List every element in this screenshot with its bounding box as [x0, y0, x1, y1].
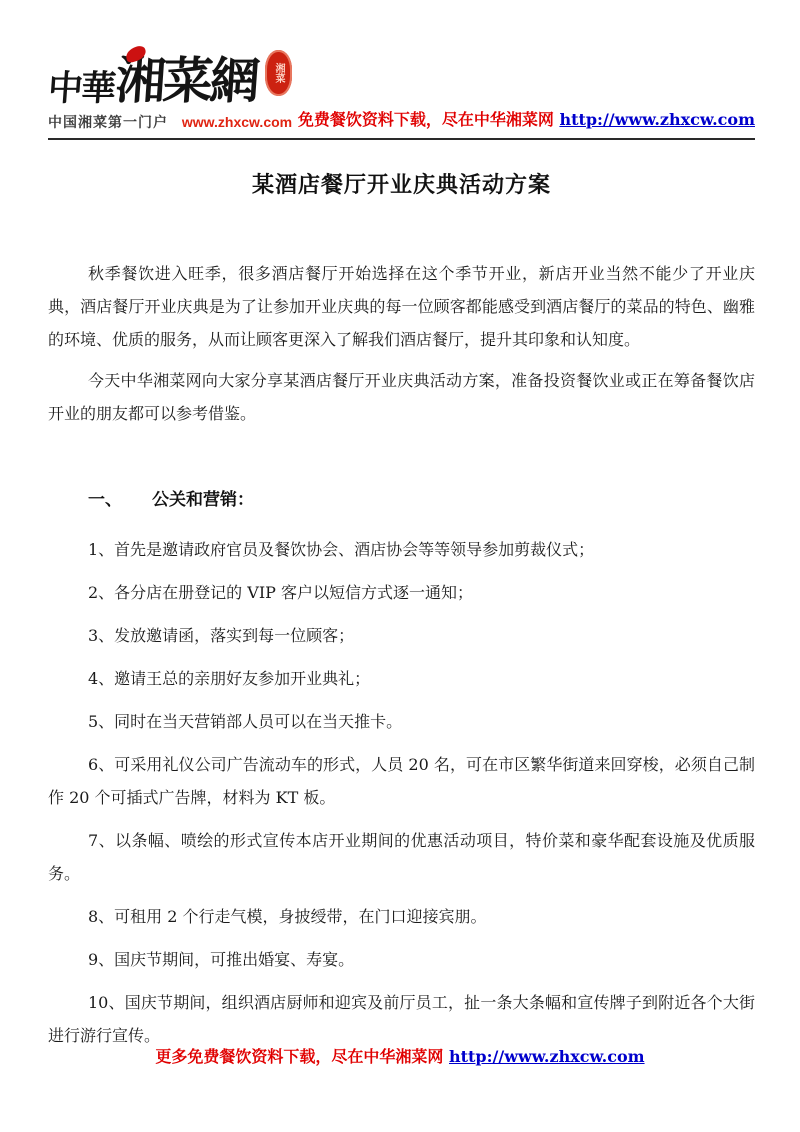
- numbered-list: 1、首先是邀请政府官员及餐饮协会、酒店协会等等领导参加剪裁仪式； 2、各分店在册…: [48, 533, 755, 1052]
- header-promo-text: 免费餐饮资料下载，尽在中华湘菜网: [298, 110, 560, 129]
- list-item: 5、同时在当天营销部人员可以在当天推卡。: [48, 705, 755, 738]
- list-item: 8、可租用 2 个行走气模，身披绶带，在门口迎接宾朋。: [48, 900, 755, 933]
- list-item: 6、可采用礼仪公司广告流动车的形式，人员 20 名，可在市区繁华街道来回穿梭，必…: [48, 748, 755, 814]
- page-header: 中華湘菜網 湘菜 中国湘菜第一门户 www.zhxcw.com 免费餐饮资料下载…: [48, 50, 755, 132]
- list-item: 10、国庆节期间，组织酒店厨师和迎宾及前厅员工，扯一条大条幅和宣传牌子到附近各个…: [48, 986, 755, 1052]
- document-title: 某酒店餐厅开业庆典活动方案: [48, 168, 755, 199]
- footer-promo-link[interactable]: http://www.zhxcw.com: [449, 1047, 645, 1066]
- logo-text-large: 湘菜網: [114, 56, 258, 106]
- document-body: 秋季餐饮进入旺季，很多酒店餐厅开始选择在这个季节开业，新店开业当然不能少了开业庆…: [48, 257, 755, 1052]
- section-number: 一、: [88, 490, 122, 510]
- header-divider: [48, 138, 755, 140]
- site-logo: 中華湘菜網 湘菜 中国湘菜第一门户 www.zhxcw.com: [48, 50, 292, 132]
- footer-promo-text: 更多免费餐饮资料下载，尽在中华湘菜网: [155, 1047, 449, 1066]
- document-page: 中華湘菜網 湘菜 中国湘菜第一门户 www.zhxcw.com 免费餐饮资料下载…: [0, 0, 800, 1132]
- list-item: 4、邀请王总的亲朋好友参加开业典礼；: [48, 662, 755, 695]
- logo-seal-icon: 湘菜: [265, 50, 292, 96]
- body-paragraph: 秋季餐饮进入旺季，很多酒店餐厅开始选择在这个季节开业，新店开业当然不能少了开业庆…: [48, 257, 755, 356]
- header-promo-link[interactable]: http://www.zhxcw.com: [559, 110, 755, 129]
- list-item: 1、首先是邀请政府官员及餐饮协会、酒店协会等等领导参加剪裁仪式；: [48, 533, 755, 566]
- logo-subtitle: 中国湘菜第一门户 www.zhxcw.com: [48, 112, 292, 132]
- logo-text-small: 中華: [47, 71, 115, 106]
- list-item: 9、国庆节期间，可推出婚宴、寿宴。: [48, 943, 755, 976]
- list-item: 3、发放邀请函，落实到每一位顾客；: [48, 619, 755, 652]
- list-item: 7、以条幅、喷绘的形式宣传本店开业期间的优惠活动项目，特价菜和豪华配套设施及优质…: [48, 824, 755, 890]
- logo-url: www.zhxcw.com: [182, 114, 292, 130]
- logo-wordmark: 中華湘菜網 湘菜: [48, 50, 292, 106]
- body-paragraph: 今天中华湘菜网向大家分享某酒店餐厅开业庆典活动方案，准备投资餐饮业或正在筹备餐饮…: [48, 364, 755, 430]
- header-promo: 免费餐饮资料下载，尽在中华湘菜网 http://www.zhxcw.com: [298, 107, 755, 132]
- logo-slogan: 中国湘菜第一门户: [48, 114, 168, 130]
- list-item: 2、各分店在册登记的 VIP 客户以短信方式逐一通知；: [48, 576, 755, 609]
- page-footer-promo: 更多免费餐饮资料下载，尽在中华湘菜网 http://www.zhxcw.com: [0, 1044, 800, 1067]
- section-title: 公关和营销：: [152, 490, 254, 510]
- section-heading: 一、公关和营销：: [48, 484, 755, 517]
